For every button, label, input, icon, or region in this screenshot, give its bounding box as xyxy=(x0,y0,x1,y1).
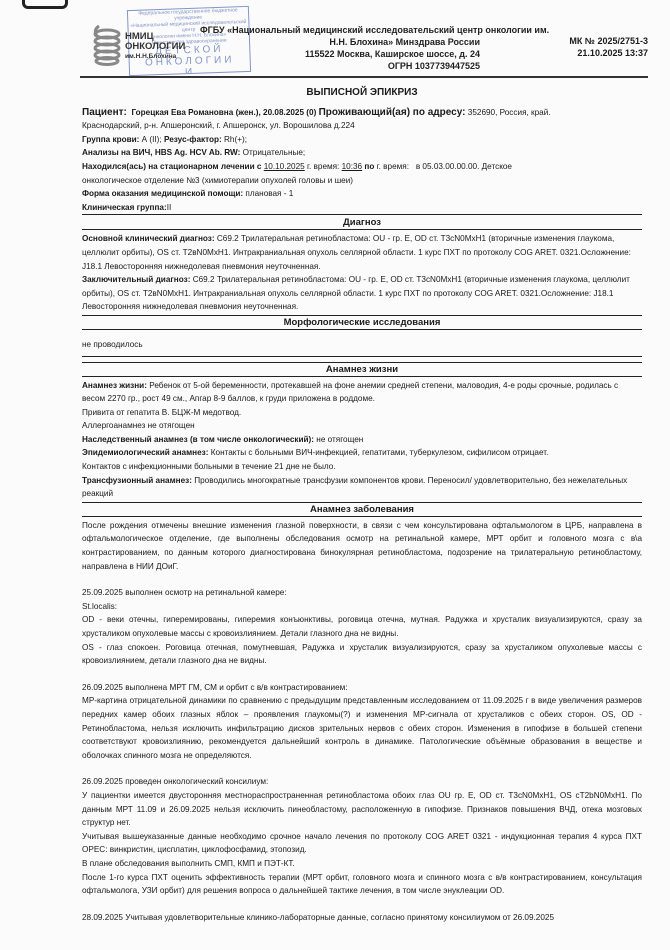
mri-findings: МР-картина отрицательной динамики по сра… xyxy=(82,694,642,762)
stay-date: 10.10.2025 xyxy=(264,162,305,171)
discharge-summary-page: Федеральное государственное бюджетное уч… xyxy=(0,0,670,950)
heredity-label: Наследственный анамнез (в том числе онко… xyxy=(82,435,314,444)
org-line: ОГРН 1037739447525 xyxy=(190,60,480,72)
council-line: 26.09.2025 проведен онкологический конси… xyxy=(82,775,642,789)
to-label: по xyxy=(364,162,374,171)
document-body: ВЫПИСНОЙ ЭПИКРИЗ Пациент: Горецкая Ева Р… xyxy=(82,82,642,924)
section-disease-anamnesis: Анамнез заболевания xyxy=(82,502,642,517)
section-morphology: Морфологические исследования xyxy=(82,315,642,330)
document-header: Федеральное государственное бюджетное уч… xyxy=(0,0,670,78)
vaccination-text: Привита от гепатита В. БЦЖ-М медотвод. xyxy=(82,406,642,420)
morphology-text: не проводилось xyxy=(82,338,642,357)
rh-factor-label: Резус-фактор: xyxy=(164,135,222,144)
od-findings: OD - веки отечны, гиперемированы, гипере… xyxy=(82,613,642,640)
blood-group-label: Группа крови: xyxy=(82,135,139,144)
section-diagnosis: Диагноз xyxy=(82,216,642,230)
logo-line: ОНКОЛОГИИ xyxy=(125,42,185,52)
record-number-block: МК № 2025/2751-3 21.10.2025 13:37 xyxy=(569,35,648,59)
nmic-logo-icon xyxy=(85,20,125,66)
time-label: г. время: xyxy=(307,162,339,171)
care-form-line: Форма оказания медицинской помощи: плано… xyxy=(82,187,642,201)
blood-group-value: А (II); xyxy=(142,135,162,144)
council-text-2: Учитывая вышеуказанные данные необходимо… xyxy=(82,830,642,857)
care-form-value: плановая - 1 xyxy=(245,189,293,198)
final-diagnosis: Заключительный диагноз: С69.2 Трилатерал… xyxy=(82,273,642,314)
epidemiology-line: Эпидемиологический анамнез: Контакты с б… xyxy=(82,446,642,460)
department: в 05.03.00.00.00. Детское xyxy=(416,162,512,171)
retinal-exam-line: 25.09.2025 выполнен осмотр на ретинально… xyxy=(82,586,642,600)
treatment-start-line: 28.09.2025 Учитывая удовлетворительные к… xyxy=(82,911,642,925)
mri-line: 26.09.2025 выполнена МРТ ГМ, СМ и орбит … xyxy=(82,681,642,695)
address-value: 352690, Россия, край. xyxy=(468,108,551,117)
blood-group-line: Группа крови: А (II); Резус-фактор: Rh(+… xyxy=(82,133,642,147)
address-continuation: Краснодарский, р-н. Апшеронский, г. Апше… xyxy=(82,119,642,133)
address-label: Проживающий(ая) по адресу: xyxy=(319,107,466,118)
patient-label: Пациент: xyxy=(82,107,127,118)
epidemiology-text-2: Контактов с инфекционными больными в теч… xyxy=(82,460,642,474)
org-line: Н.Н. Блохина» Минздрава России xyxy=(190,36,480,48)
org-line: 115522 Москва, Каширское шоссе, д. 24 xyxy=(190,48,480,60)
care-form-label: Форма оказания медицинской помощи: xyxy=(82,189,243,198)
council-text-4: После 1-го курса ПХТ оценить эффективнос… xyxy=(82,871,642,898)
epidemiology-text: Контакты с больными ВИЧ-инфекцией, гепат… xyxy=(211,448,549,457)
org-line: ФГБУ «Национальный медицинский исследова… xyxy=(200,24,480,36)
heredity-value: не отягощен xyxy=(316,435,363,444)
stay-line: Находился(ась) на стационарном лечении с… xyxy=(82,160,642,174)
record-datetime: 21.10.2025 13:37 xyxy=(569,47,648,59)
clinical-group-line: Клиническая группа:II xyxy=(82,201,642,216)
disease-intro: После рождения отмечены внешние изменени… xyxy=(82,519,642,573)
life-anamnesis-text: Ребенок от 5-ой беременности, протекавше… xyxy=(82,381,618,404)
council-text-1: У пациентки имеется двусторонняя местнор… xyxy=(82,789,642,830)
os-findings: OS - глаз спокоен. Роговица отечная, пом… xyxy=(82,641,642,668)
section-life-anamnesis: Анамнез жизни xyxy=(82,362,642,377)
life-anamnesis-label: Анамнез жизни: xyxy=(82,381,147,390)
to-time-label: г. время: xyxy=(377,162,409,171)
department-continuation: онкологическое отделение №3 (химиотерапи… xyxy=(82,174,642,188)
allergy-text: Аллергоанамнез не отягощен xyxy=(82,419,642,433)
life-anamnesis: Анамнез жизни: Ребенок от 5-ой беременно… xyxy=(82,379,642,406)
tests-value: Отрицательные; xyxy=(243,148,306,157)
transfusion-label: Трансфузионный анамнез: xyxy=(82,476,192,485)
st-localis: St.localis: xyxy=(82,600,642,614)
patient-value: Горецкая Ева Романовна (жен.), 20.08.202… xyxy=(131,108,316,117)
tests-label: Анализы на ВИЧ, HBS Ag. HCV Ab. RW: xyxy=(82,148,240,157)
record-number: МК № 2025/2751-3 xyxy=(569,35,648,47)
heredity-line: Наследственный анамнез (в том числе онко… xyxy=(82,433,642,447)
transfusion-line: Трансфузионный анамнез: Проводились мног… xyxy=(82,474,642,501)
header-divider xyxy=(80,76,648,78)
logo-line: им.Н.Н.Блохина xyxy=(125,52,185,62)
tests-line: Анализы на ВИЧ, HBS Ag. HCV Ab. RW: Отри… xyxy=(82,146,642,160)
stay-time: 10:36 xyxy=(342,162,363,171)
clinical-group-label: Клиническая группа: xyxy=(82,203,167,212)
council-text-3: В плане обследования выполнить СМП, КМП … xyxy=(82,857,642,871)
patient-line: Пациент: Горецкая Ева Романовна (жен.), … xyxy=(82,106,642,120)
organization-info: ФГБУ «Национальный медицинский исследова… xyxy=(190,24,480,72)
main-diagnosis: Основной клинический диагноз: С69.2 Трил… xyxy=(82,232,642,273)
main-diagnosis-label: Основной клинический диагноз: xyxy=(82,234,215,243)
rh-factor-value: Rh(+); xyxy=(224,135,247,144)
stay-label: Находился(ась) на стационарном лечении с xyxy=(82,162,261,171)
document-title: ВЫПИСНОЙ ЭПИКРИЗ xyxy=(82,86,642,100)
epidemiology-label: Эпидемиологический анамнез: xyxy=(82,448,208,457)
logo-text: НМИЦ ОНКОЛОГИИ им.Н.Н.Блохина xyxy=(125,32,185,62)
final-diagnosis-label: Заключительный диагноз: xyxy=(82,275,190,284)
clinical-group-value: II xyxy=(167,203,172,212)
